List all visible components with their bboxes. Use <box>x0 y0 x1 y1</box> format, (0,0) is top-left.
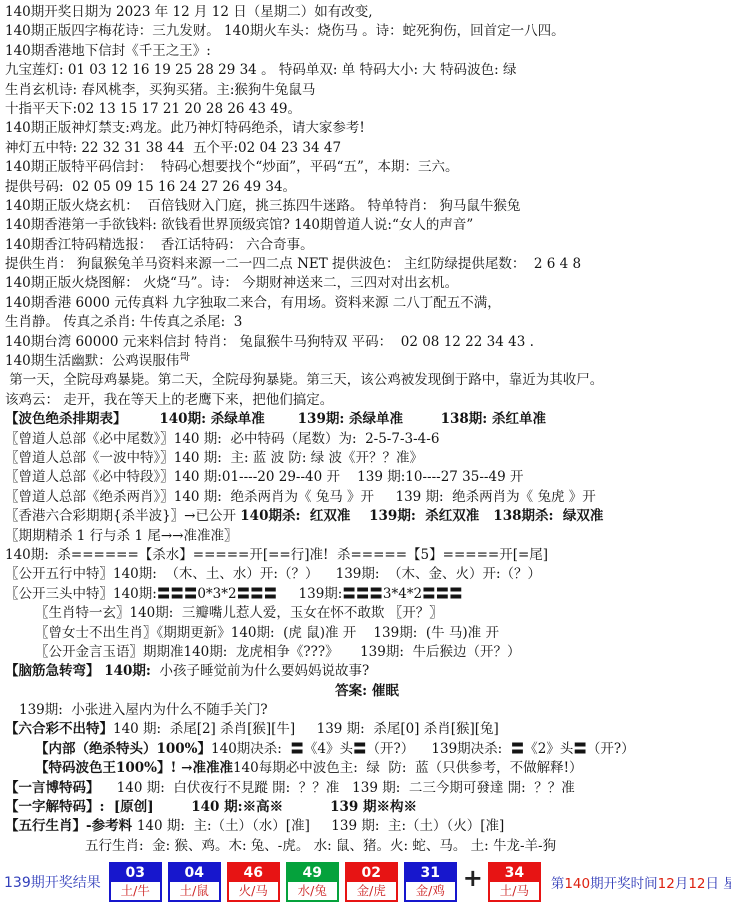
text-segment: 十指平天下:02 13 15 17 21 20 28 26 43 49。 <box>5 101 301 117</box>
results-label: 139期开奖结果 <box>4 872 101 892</box>
text-segment: 140期正版神灯禁支:鸡龙。此乃神灯特码绝杀，请大家参考! <box>5 120 365 136</box>
zengnvshi-line: 〖曾女士不出生肖〗《期期更新》140期: (虎 鼠)准 开 139期: (牛 马… <box>5 624 729 643</box>
text-segment: 140期正版特平码信封： 特码心想要找个“炒面”，平码“五”，本期：三六。 <box>5 159 458 175</box>
jingsha-detail-line: 140期: 杀======【杀水】=====开[==行]准! 杀=====【5】… <box>5 546 729 565</box>
text-segment: 〖曾道人总部《一波中特》〗140 期: 主: 蓝 波 防: 绿 波《开？？准》 <box>5 450 423 466</box>
humor-title-line: 140期生活幽默：公鸡误服伟哥 <box>5 352 729 371</box>
prev-naojin-line: 139期: 小张进入屋内为什么不随手关门? <box>5 701 729 720</box>
text-segment: 答案: 催眠 <box>335 683 399 699</box>
text-segment: 140 期: 白伏夜行不見蹤 開: ？？准 139 期: 二三今期可發達 開: … <box>100 780 575 796</box>
text-segment: 〖香港六合彩期期{杀半波}〗→已公开 <box>5 508 240 524</box>
buchute-line: 【六合彩不出特】140 期: 杀尾[2] 杀肖[猴][牛] 139 期: 杀尾[… <box>5 720 729 739</box>
bose-juesha-schedule-line: 【波色绝杀排期表】 140期: 杀绿单准 139期: 杀绿单准 138期: 杀红… <box>5 410 729 429</box>
text-segment: 该鸡云： 走开，我在等天上的老鹰下来，把他们搞定。 <box>5 392 333 408</box>
text-segment: 140期杀: 红双准 139期: 杀红双准 138期杀: 绿双准 <box>240 508 603 524</box>
ball-number: 02 <box>347 864 396 882</box>
text-segment: 139期: 小张进入屋内为什么不随手关门? <box>19 702 268 718</box>
wuxing-shengxiao-detail-line: 五行生肖: 金: 猴、鸡。木: 兔、-虎。 水: 鼠、猪。火: 蛇、马。 土: … <box>5 837 729 856</box>
ball-element-zodiac: 金/虎 <box>347 882 396 900</box>
answer-line: 答案: 催眠 <box>5 682 729 701</box>
ball-element-zodiac: 水/兔 <box>288 882 337 900</box>
juesha-tetou-line: 【内部（绝杀特头）100%】140期决杀: 〓《4》头〓（开?） 139期决杀:… <box>5 740 729 759</box>
text-segment: 140期台湾 60000 元来料信封 特肖： 兔鼠猴牛马狗特双 平码： 02 0… <box>5 334 534 350</box>
text-segment: 【六合彩不出特】 <box>5 721 113 737</box>
text-segment: 小孩子睡觉前为什么要妈妈说故事? <box>151 663 369 679</box>
result-ball: 46火/马 <box>227 862 280 902</box>
text-segment: 提供号码: 02 05 09 15 16 24 27 26 49 34。 <box>5 179 296 195</box>
text-segment: 神灯五中特: 22 32 31 38 44 五个平:02 04 23 34 47 <box>5 140 341 156</box>
text-segment: 〖生肖特一玄〗140期: 三瓣嘴儿惹人爱，玉女在怀不敢欺 〖开？〗 <box>35 605 443 621</box>
text-segment: 期开奖时间 <box>590 876 658 892</box>
wuxing-zhongte-line: 〖公开五行中特〗140期: （木、土、水）开:（？） 139期: （木、金、火）… <box>5 565 729 584</box>
bizhong-teduan-line: 〖曾道人总部《必中特段》〗140 期:01----20 29--40 开 139… <box>5 468 729 487</box>
shengxiao-teyixuan-line: 〖生肖特一玄〗140期: 三瓣嘴儿惹人爱，玉女在怀不敢欺 〖开？〗 <box>5 604 729 623</box>
text-segment: 140期生活幽默：公鸡误服伟 <box>5 353 179 369</box>
text-segment: 五行生肖: 金: 猴、鸡。木: 兔、-虎。 水: 鼠、猪。火: 蛇、马。 土: … <box>85 838 556 854</box>
text-segment: 〖曾女士不出生肖〗《期期更新》140期: (虎 鼠)准 开 139期: (牛 马… <box>35 625 499 641</box>
text-segment: 第一天，全院母鸡暴毙。第二天，全院母狗暴毙。第三天，该公鸡被发现倒于路中，靠近为… <box>5 372 603 388</box>
tepingma-envelope-line: 140期正版特平码信封： 特码心想要找个“炒面”，平码“五”，本期：三六。 <box>5 158 729 177</box>
text-segment: 140期香港第一手欲钱料: 欲钱看世界顶级宾馆? 140期曾道人说:“女人的声音… <box>5 217 473 233</box>
text-segment: 〖曾道人总部《绝杀两肖》〗140 期: 绝杀两肖为《 兔马 》开 139 期: … <box>5 489 596 505</box>
text-segment: 140期: 杀======【杀水】=====开[==行]准! 杀=====【5】… <box>5 547 548 563</box>
text-segment: 140 期: 主:（土）（水）[准] 139 期: 主:（土）（火）[准] <box>137 818 505 834</box>
result-ball: 03土/牛 <box>109 862 162 902</box>
taiwan-xinfeng-line: 140期台湾 60000 元来料信封 特肖： 兔鼠猴牛马狗特双 平码： 02 0… <box>5 333 729 352</box>
text-segment: 12 <box>688 876 705 892</box>
text-segment: 生肖玄机诗: 春风桃李，买狗买猪。主:猴狗牛兔鼠马 <box>5 82 315 98</box>
huoshao-tujie-line: 140期正版火烧图解： 火烧“马”。诗： 今期财神送来二，三四对对出玄机。 <box>5 274 729 293</box>
juesha-liangxiao-line: 〖曾道人总部《绝杀两肖》〗140 期: 绝杀两肖为《 兔马 》开 139 期: … <box>5 488 729 507</box>
results-balls: 03土/牛04土/鼠46火/马49水/兔02金/虎31金/鸡 <box>109 862 463 902</box>
jiubao-liandeng-line: 九宝莲灯: 01 03 12 16 19 25 28 29 34 。 特码单双:… <box>5 61 729 80</box>
result-ball: 49水/兔 <box>286 862 339 902</box>
text-segment: 140期香江特码精选报： 香江话特码： 六合奇事。 <box>5 237 314 253</box>
humor-story-line-1: 第一天，全院母鸡暴毙。第二天，全院母狗暴毙。第三天，该公鸡被发现倒于路中，靠近为… <box>5 371 729 390</box>
plus-sign: + <box>463 864 483 892</box>
text-segment: 【内部（绝杀特头）100%】 <box>35 741 211 757</box>
text-segment: 第 <box>551 876 565 892</box>
text-segment: 【脑筋急转弯】 140期: <box>5 663 151 679</box>
text-segment: 日 星期 <box>706 876 731 892</box>
yuqianliao-line: 140期香港第一手欲钱料: 欲钱看世界顶级宾馆? 140期曾道人说:“女人的声音… <box>5 216 729 235</box>
shizhi-pingtianxia-line: 十指平天下:02 13 15 17 21 20 28 26 43 49。 <box>5 100 729 119</box>
text-segment: 140期香港地下信封《千王之王》: <box>5 43 211 59</box>
xiangjiang-report-line: 140期香江特码精选报： 香江话特码： 六合奇事。 <box>5 236 729 255</box>
jinyan-yuyu-line: 〖公开金言玉语〗期期准140期: 龙虎相争《???》 139期: 牛后猴边（开？… <box>5 643 729 662</box>
ball-number: 46 <box>229 864 278 882</box>
hk-envelope-title-line: 140期香港地下信封《千王之王》: <box>5 42 729 61</box>
result-ball: 04土/鼠 <box>168 862 221 902</box>
text-segment: 〖公开金言玉语〗期期准140期: 龙虎相争《???》 139期: 牛后猴边（开？… <box>35 644 520 660</box>
text-segment: 140期正版火烧玄机： 百倍钱财入门庭，挑三拣四牛迷路。 特单特肖： 狗马鼠牛猴… <box>5 198 520 214</box>
text-segment: 140期开奖日期为 2023 年 12 月 12 日（星期二）如有改变, <box>5 4 373 20</box>
yizi-jie-tema-line: 【一字解特码】: [原创] 140 期:※高※ 139 期※构※ <box>5 798 729 817</box>
text-segment: 140 期: 杀尾[2] 杀肖[猴][牛] 139 期: 杀尾[0] 杀肖[猴]… <box>113 721 499 737</box>
text-segment: 【波色绝杀排期表】 140期: 杀绿单准 139期: 杀绿单准 138期: 杀红… <box>5 411 546 427</box>
text-segment: 〖公开三头中特〗140期:〓〓〓0*3*2〓〓〓 139期:〓〓〓3*4*2〓〓… <box>5 586 463 602</box>
next-draw-time: 第140期开奖时间12月12日 星期二21:33分 <box>551 872 731 892</box>
tigong-shengxiao-line: 提供生肖： 狗鼠猴兔羊马资料来源一二一四二点 NET 提供波色： 主红防绿提供尾… <box>5 255 729 274</box>
ball-element-zodiac: 土/牛 <box>111 882 160 900</box>
bose-wang-line: 【特码波色王100%】! →准准准140每期必中波色主: 绿 防: 蓝（只供参考… <box>5 759 729 778</box>
ball-number: 31 <box>406 864 455 882</box>
tigong-haoma-line: 提供号码: 02 05 09 15 16 24 27 26 49 34。 <box>5 178 729 197</box>
wuxing-shengxiao-line: 【五行生肖】-参考料 140 期: 主:（土）（水）[准] 139 期: 主:（… <box>5 817 729 836</box>
special-ball-slot: 34土/马 <box>488 862 547 902</box>
ball-element-zodiac: 金/鸡 <box>406 882 455 900</box>
text-segment: 140 <box>564 876 590 892</box>
text-segment: 提供生肖： 狗鼠猴兔羊马资料来源一二一四二点 NET 提供波色： 主红防绿提供尾… <box>5 256 581 272</box>
yibo-zhongte-line: 〖曾道人总部《一波中特》〗140 期: 主: 蓝 波 防: 绿 波《开？？准》 <box>5 449 729 468</box>
text-segment: 140期正版火烧图解： 火烧“马”。诗： 今期财神送来二，三四对对出玄机。 <box>5 275 458 291</box>
result-ball: 34土/马 <box>488 862 541 902</box>
bizhong-weishu-line: 〖曾道人总部《必中尾数》〗140 期: 必中特码（尾数）为: 2-5-7-3-4… <box>5 430 729 449</box>
yiyan-bo-tema-line: 【一言博特码】 140 期: 白伏夜行不見蹤 開: ？？准 139 期: 二三今… <box>5 779 729 798</box>
text-segment: 【一言博特码】 <box>5 780 100 796</box>
ball-number: 49 <box>288 864 337 882</box>
ball-number: 04 <box>170 864 219 882</box>
shendeng-jinzhi-line: 140期正版神灯禁支:鸡龙。此乃神灯特码绝杀，请大家参考! <box>5 119 729 138</box>
naojin-jizhuanwan-line: 【脑筋急转弯】 140期: 小孩子睡觉前为什么要妈妈说故事? <box>5 662 729 681</box>
text-segment: 140期香港 6000 元传真料 九字独取二来合，有用场。资料来源 二八丁配五不… <box>5 295 501 311</box>
text-segment: 哥 <box>179 352 190 363</box>
content-lines: 140期开奖日期为 2023 年 12 月 12 日（星期二）如有改变,140期… <box>0 0 731 856</box>
huoshao-xuanji-line: 140期正版火烧玄机： 百倍钱财入门庭，挑三拣四牛迷路。 特单特肖： 狗马鼠牛猴… <box>5 197 729 216</box>
chuanzhenliao-line-2: 生肖静。 传真之杀肖: 牛传真之杀尾: 3 <box>5 313 729 332</box>
draw-results-bar: 139期开奖结果 03土/牛04土/鼠46火/马49水/兔02金/虎31金/鸡 … <box>0 856 731 904</box>
ball-element-zodiac: 土/马 <box>490 882 539 900</box>
result-ball: 31金/鸡 <box>404 862 457 902</box>
lottery-info-page: { "colors": { "ball_blue": "#1717cd", "b… <box>0 0 731 916</box>
ball-element-zodiac: 火/马 <box>229 882 278 900</box>
text-segment: 140每期必中波色主: 绿 防: 蓝（只供参考，不做解释!） <box>233 760 583 776</box>
jingsha-header-line: 〖期期精杀 1 行与杀 1 尾→→准准准〗 <box>5 527 729 546</box>
text-segment: 12 <box>658 876 675 892</box>
text-segment: 〖曾道人总部《必中特段》〗140 期:01----20 29--40 开 139… <box>5 469 523 485</box>
ball-number: 34 <box>490 864 539 882</box>
text-segment: 140期决杀: 〓《4》头〓（开?） 139期决杀: 〓《2》头〓（开?） <box>211 741 635 757</box>
sha-banbo-line: 〖香港六合彩期期{杀半波}〗→已公开 140期杀: 红双准 139期: 杀红双准… <box>5 507 729 526</box>
text-segment: 〖公开五行中特〗140期: （木、土、水）开:（？） 139期: （木、金、火）… <box>5 566 541 582</box>
shendeng-wuzhongte-line: 神灯五中特: 22 32 31 38 44 五个平:02 04 23 34 47 <box>5 139 729 158</box>
text-segment: 【五行生肖】-参考料 <box>5 818 137 834</box>
text-segment: 九宝莲灯: 01 03 12 16 19 25 28 29 34 。 特码单双:… <box>5 62 516 78</box>
text-segment: 【一字解特码】: [原创] 140 期:※高※ 139 期※构※ <box>5 799 417 815</box>
result-ball: 02金/虎 <box>345 862 398 902</box>
text-segment: 【特码波色王100%】! →准准准 <box>35 760 233 776</box>
chuanzhenliao-line-1: 140期香港 6000 元传真料 九字独取二来合，有用场。资料来源 二八丁配五不… <box>5 294 729 313</box>
shengxiao-poem-line: 生肖玄机诗: 春风桃李，买狗买猪。主:猴狗牛兔鼠马 <box>5 81 729 100</box>
draw-date-line: 140期开奖日期为 2023 年 12 月 12 日（星期二）如有改变, <box>5 3 729 22</box>
humor-story-line-2: 该鸡云： 走开，我在等天上的老鹰下来，把他们搞定。 <box>5 391 729 410</box>
text-segment: 140期正版四字梅花诗：三九发财。 140期火车头：烧伤马 。诗：蛇死狗伤，回首… <box>5 23 565 39</box>
ball-element-zodiac: 土/鼠 <box>170 882 219 900</box>
text-segment: 生肖静。 传真之杀肖: 牛传真之杀尾: 3 <box>5 314 242 330</box>
text-segment: 月 <box>675 876 689 892</box>
ball-number: 03 <box>111 864 160 882</box>
meihua-poem-line: 140期正版四字梅花诗：三九发财。 140期火车头：烧伤马 。诗：蛇死狗伤，回首… <box>5 22 729 41</box>
text-segment: 〖期期精杀 1 行与杀 1 尾→→准准准〗 <box>5 528 237 544</box>
santou-zhongte-line: 〖公开三头中特〗140期:〓〓〓0*3*2〓〓〓 139期:〓〓〓3*4*2〓〓… <box>5 585 729 604</box>
text-segment: 〖曾道人总部《必中尾数》〗140 期: 必中特码（尾数）为: 2-5-7-3-4… <box>5 431 439 447</box>
